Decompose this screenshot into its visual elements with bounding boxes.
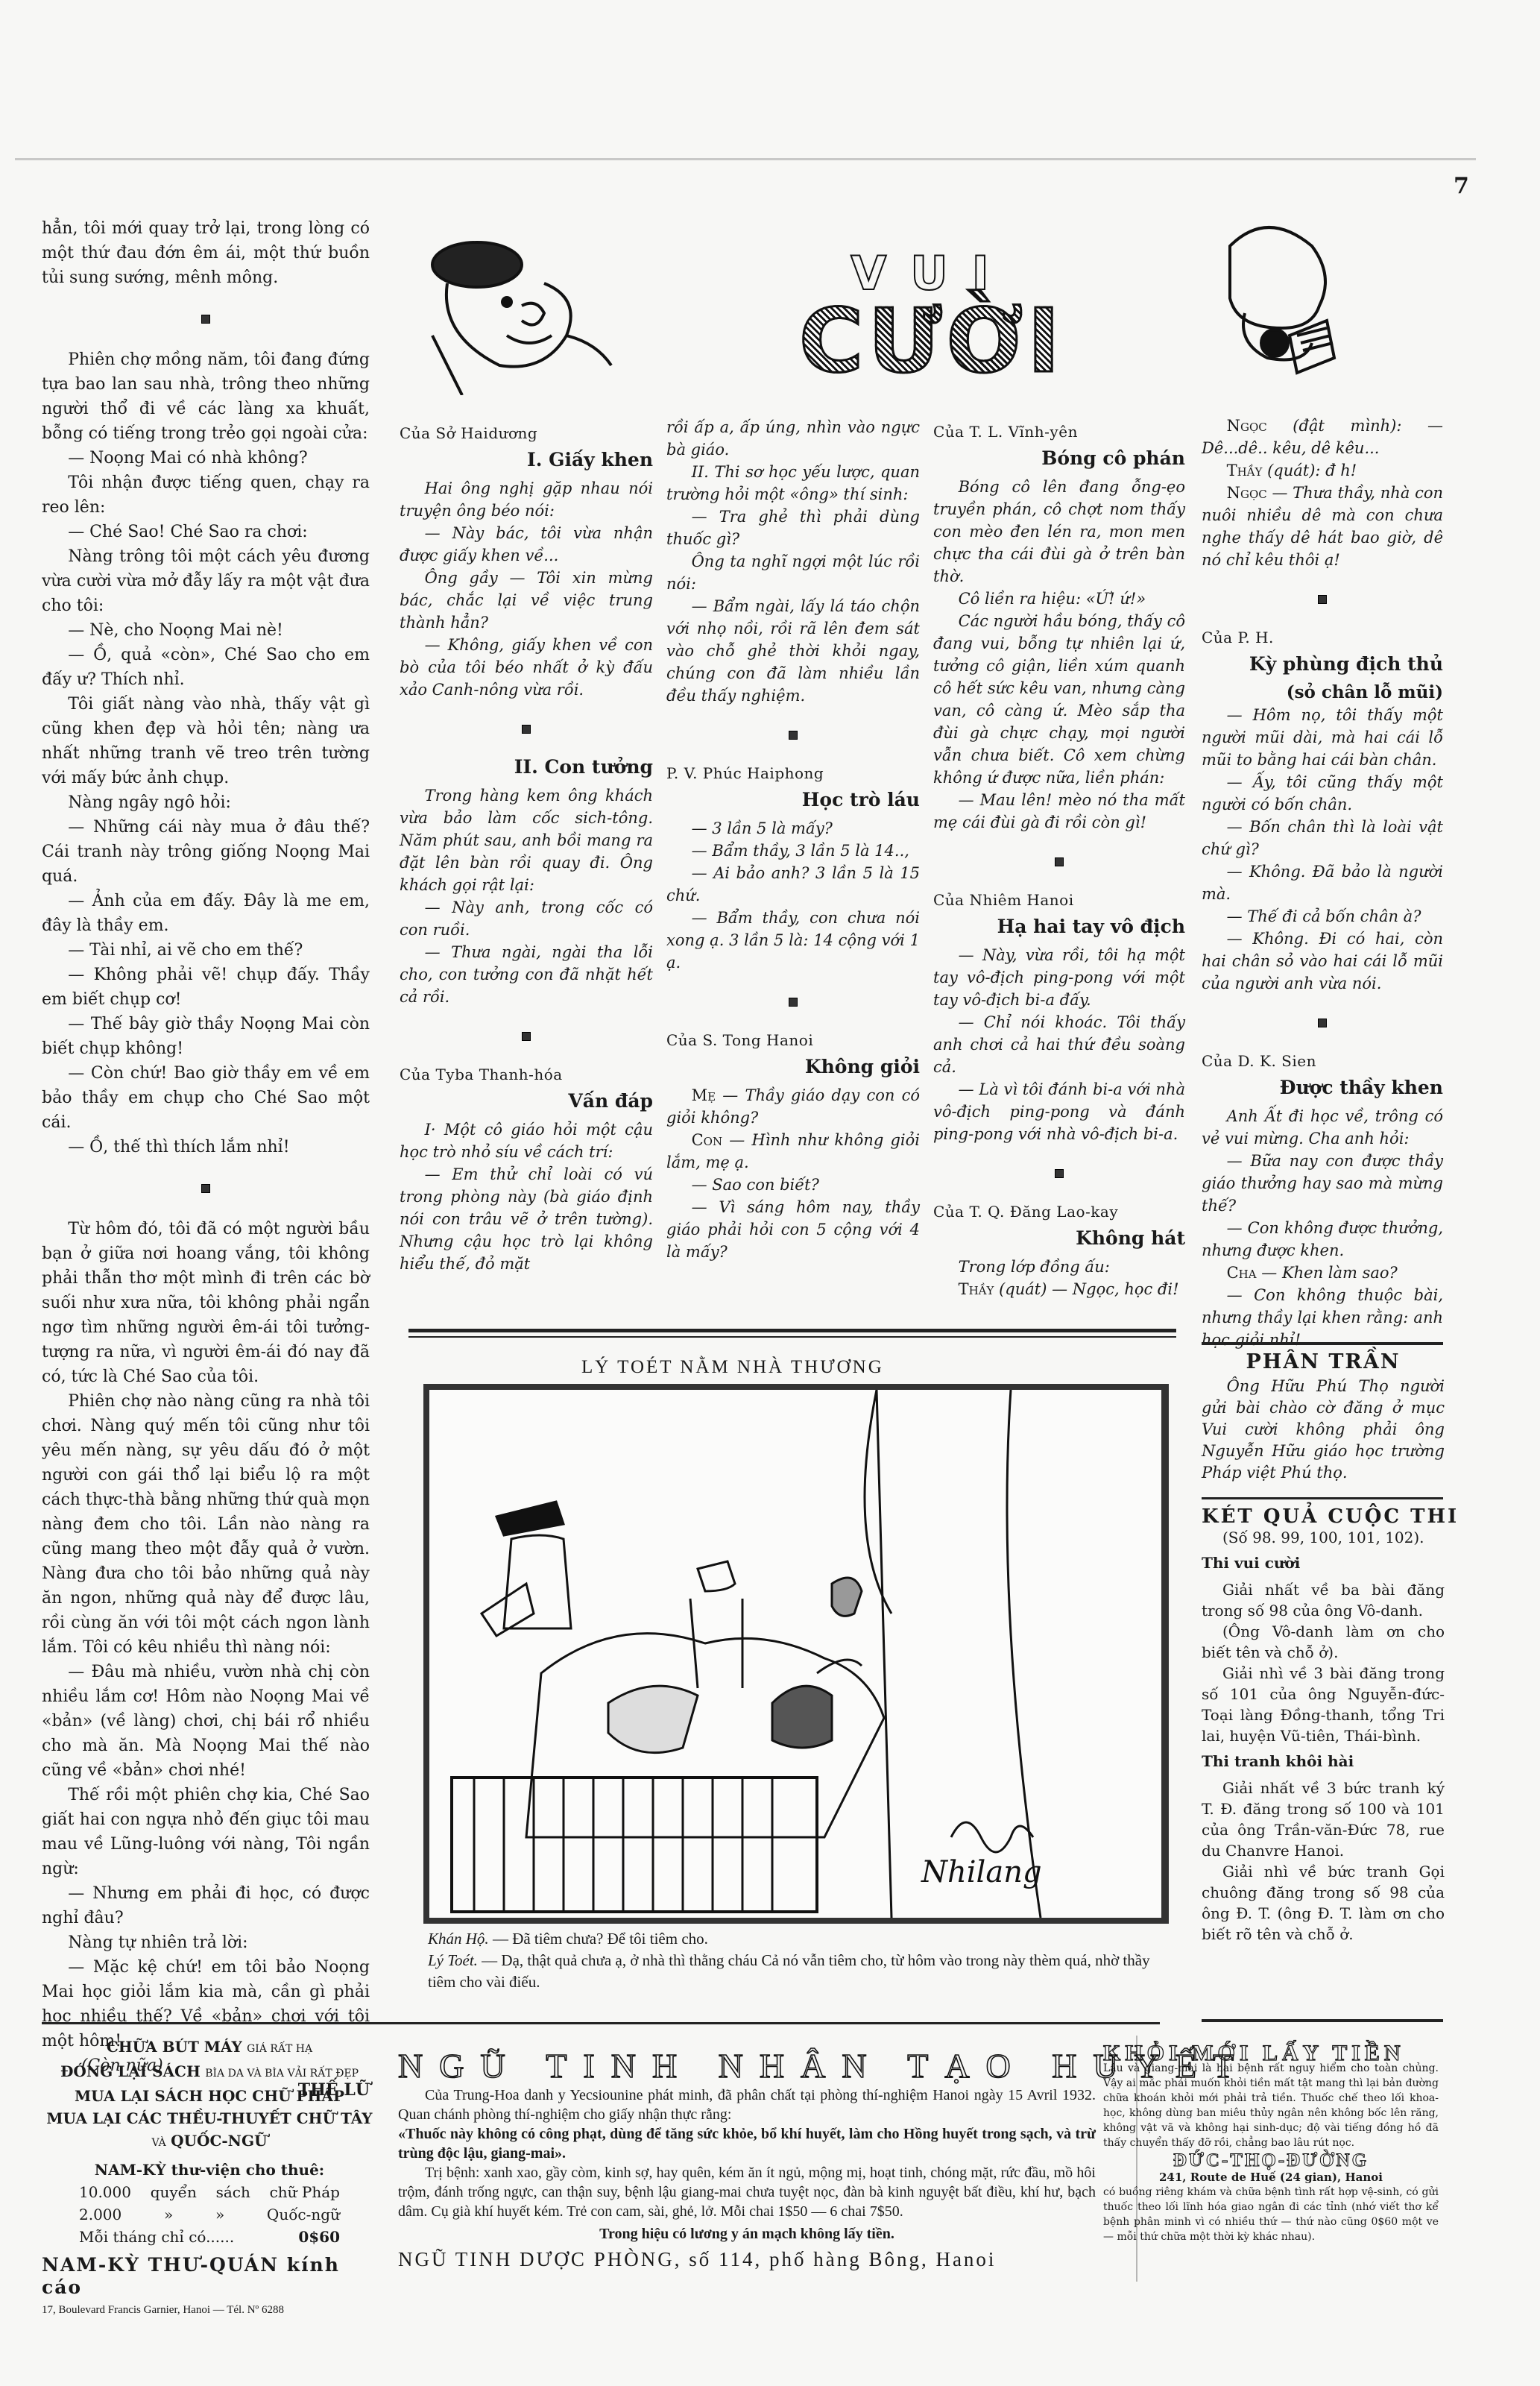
- section-title: VUI CƯỜI: [730, 246, 1133, 388]
- section-header: VUI CƯỜI: [417, 216, 1446, 403]
- cartoon-illustration: Nhilang: [423, 1384, 1169, 1924]
- joke-line: Trong hàng kem ông khách vừa bảo làm cốc…: [400, 784, 653, 896]
- joke-line: II. Thi sơ học yếu lược, quan trường hỏi…: [666, 461, 920, 506]
- joke-line: Ông ta nghĩ ngợi một lúc rồi nói:: [666, 550, 920, 595]
- story-paragraph: Nàng trông tôi một cách yêu đương vừa cư…: [42, 544, 370, 618]
- joke-title: Bóng cô phán: [933, 447, 1185, 470]
- section-separator: [1202, 1011, 1443, 1033]
- divider: [1202, 1342, 1443, 1345]
- notice-phan-tran: PHÂN TRẦN Ông Hữu Phú Thọ người gửi bài …: [1202, 1351, 1445, 1484]
- joke-line: — Tra ghẻ thì phải dùng thuốc gì?: [666, 506, 920, 550]
- joke-line: — Bốn chân thì là loài vật chứ gì?: [1202, 816, 1443, 860]
- cartoon-caption: Khán Hộ. — Đã tiêm chưa? Để tôi tiêm cho…: [428, 1928, 1173, 1993]
- ad-nam-ky: CHỮA BÚT MÁY GIÁ RẤT HẠ ĐÓNG LẠI SÁCH BÌ…: [42, 2036, 377, 2321]
- joke-title: Không hát: [933, 1227, 1185, 1250]
- separator-ornament-icon: [201, 1184, 210, 1193]
- jokes-column-4: Của T. L. Vĩnh-yênBóng cô phánBóng cô lê…: [933, 415, 1185, 1300]
- separator-ornament-icon: [522, 725, 531, 734]
- joke-line: Thầy (quát) — Ngọc, học đi!: [933, 1278, 1185, 1300]
- results-item: (Ông Vô-danh làm ơn cho biết tên và chỗ …: [1202, 1621, 1445, 1663]
- joke-source: Của T. Q. Đăng Lao-kay: [933, 1200, 1185, 1223]
- joke-line: — Thế đi cả bốn chân à?: [1202, 905, 1443, 928]
- joke-line: — Này anh, trong cốc có con ruồi.: [400, 896, 653, 941]
- price-row: Mỗi tháng chỉ có......0$60: [42, 2226, 377, 2248]
- ad-ngu-tinh: NGŨ TINH NHÂN TẠO HUYẾT Của Trung-Hoa da…: [398, 2046, 1096, 2271]
- ad-address: 17, Boulevard Francis Garnier, Hanoi — T…: [42, 2299, 377, 2321]
- joke-title: Hạ hai tay vô địch: [933, 916, 1185, 938]
- joke-line: Các người hầu bóng, thấy cô đang vui, bỗ…: [933, 610, 1185, 789]
- speaker-text: (quát): đ h!: [1267, 462, 1357, 479]
- joke-title: II. Con tưởng: [400, 756, 653, 778]
- joke-line: — Bẩm thầy, con chưa nói xong ạ. 3 lần 5…: [666, 907, 920, 974]
- story-paragraph: — Ché Sao! Ché Sao ra chơi:: [42, 520, 370, 544]
- shop-address: 241, Route de Huế (24 gian), Hanoi: [1103, 2170, 1439, 2185]
- joke-line: — Hôm nọ, tôi thấy một người mũi dài, mà…: [1202, 704, 1443, 771]
- section-separator: [400, 1024, 653, 1047]
- ad-signoff: NAM-KỲ THƯ-QUÁN kính cáo: [42, 2254, 377, 2299]
- divider: [42, 2022, 1160, 2024]
- joke-line: Ông gầy — Tôi xin mừng bác, chắc lại về …: [400, 567, 653, 634]
- story-paragraph: — Nè, cho Noọng Mai nè!: [42, 618, 370, 643]
- joke-line: Cô liền ra hiệu: «Ứ! ứ!»: [933, 588, 1185, 610]
- joke-line: — Này bác, tôi vừa nhận được giấy khen v…: [400, 522, 653, 567]
- speaker-text: (quát) — Ngọc, học đi!: [999, 1280, 1178, 1298]
- separator-ornament-icon: [1055, 857, 1064, 866]
- story-paragraph: Thế rồi một phiên chợ kia, Ché Sao giất …: [42, 1783, 370, 1881]
- ad-title: KHỎI MỚI LẤY TIỀN: [1103, 2046, 1439, 2061]
- joke-line: Ngọc (đật mình): — Dê...dê.. kêu, dê kêu…: [1202, 415, 1443, 459]
- joke-line: Ngọc — Thưa thầy, nhà con nuôi nhiều dê …: [1202, 482, 1443, 571]
- divider: [1202, 1497, 1443, 1499]
- joke-title: I. Giấy khen: [400, 449, 653, 471]
- divider: [408, 1329, 1176, 1332]
- joke-line: — Bữa nay con được thầy giáo thưởng hay …: [1202, 1150, 1443, 1217]
- story-paragraph: — Đâu mà nhiều, vườn nhà chị còn nhiều l…: [42, 1660, 370, 1783]
- joke-title: Không giỏi: [666, 1056, 920, 1078]
- section-separator: [666, 990, 920, 1013]
- section-separator: [933, 850, 1185, 872]
- joke-line: — Chỉ nói khoác. Tôi thấy anh chơi cả ha…: [933, 1011, 1185, 1078]
- jokes-column-3: rồi ấp a, ấp úng, nhìn vào ngực bà giáo.…: [666, 416, 920, 1263]
- divider: [408, 1336, 1176, 1338]
- joke-title: Được thầy khen: [1202, 1077, 1443, 1099]
- story-paragraph: Từ hôm đó, tôi đã có một người bầu bạn ở…: [42, 1217, 370, 1389]
- jokes-column-2: Của Sở HaidươngI. Giấy khenHai ông nghị …: [400, 416, 653, 1275]
- separator-ornament-icon: [1055, 1169, 1064, 1178]
- joke-line: — Bẩm thầy, 3 lần 5 là 14..,: [666, 840, 920, 862]
- story-paragraph: Nàng ngây ngô hỏi:: [42, 790, 370, 815]
- joke-title: Kỳ phùng địch thủ: [1202, 653, 1443, 676]
- separator-ornament-icon: [789, 731, 798, 740]
- speaker-name: Con: [692, 1131, 730, 1149]
- joke-line: — Mau lên! mèo nó tha mất mẹ cái đùi gà …: [933, 789, 1185, 834]
- joke-title: Học trò láu: [666, 789, 920, 811]
- joke-line: — Con không được thưởng, nhưng được khen…: [1202, 1217, 1443, 1262]
- cartoon-man-right-icon: [1208, 216, 1342, 395]
- speaker-name: Ngọc: [1227, 417, 1293, 435]
- speaker-name: Thầy: [959, 1280, 1000, 1298]
- joke-title: Vấn đáp: [400, 1090, 653, 1112]
- story-paragraph: — Ồ, thế thì thích lắm nhỉ!: [42, 1135, 370, 1159]
- library-row: 10.000quyểnsáchchữ Pháp: [42, 2181, 377, 2203]
- contest-results: KÉT QUẢ CUỘC THI (Số 98. 99, 100, 101, 1…: [1202, 1506, 1445, 1945]
- speaker-name: Thầy: [1227, 462, 1268, 479]
- joke-line: — Ấy, tôi cũng thấy một người có bốn châ…: [1202, 771, 1443, 816]
- joke-line: — Sao con biết?: [666, 1174, 920, 1196]
- speaker-name: Mẹ: [692, 1086, 723, 1104]
- story-paragraph: — Ồ, quả «còn», Ché Sao cho em đấy ư? Th…: [42, 643, 370, 692]
- joke-source: P. V. Phúc Haiphong: [666, 762, 920, 784]
- joke-line: Bóng cô lên đang ỗng-ẹo truyền phán, cô …: [933, 476, 1185, 588]
- results-issues: (Số 98. 99, 100, 101, 102).: [1202, 1527, 1445, 1548]
- joke-line: Con — Hình như không giỏi lắm, mẹ ạ.: [666, 1129, 920, 1174]
- joke-line: rồi ấp a, ấp úng, nhìn vào ngực bà giáo.: [666, 416, 920, 461]
- story-paragraph: — Còn chứ! Bao giờ thầy em về em bảo thầ…: [42, 1061, 370, 1135]
- joke-line: — Bẩm ngài, lấy lá táo chộn với nhọ nồi,…: [666, 595, 920, 707]
- story-paragraph: Nàng tự nhiên trả lời:: [42, 1930, 370, 1955]
- speaker-text: — Khen làm sao?: [1261, 1264, 1398, 1282]
- joke-source: Của Nhiêm Hanoi: [933, 889, 1185, 911]
- story-paragraph: — Nhưng em phải đi học, có được nghỉ đâu…: [42, 1881, 370, 1930]
- jokes-column-5: Ngọc (đật mình): — Dê...dê.. kêu, dê kêu…: [1202, 415, 1443, 1351]
- results-category: Thi vui cười: [1202, 1552, 1445, 1573]
- joke-source: Của S. Tong Hanoi: [666, 1029, 920, 1051]
- joke-line: — Vì sáng hôm nay, thầy giáo phải hỏi co…: [666, 1196, 920, 1263]
- title-cuoi: CƯỜI: [730, 289, 1133, 392]
- ad-khoi-moi: KHỎI MỚI LẤY TIỀN Lậu và giang-mai là ha…: [1103, 2046, 1439, 2244]
- results-item: Giải nhì về bức tranh Gọi chuông đăng tr…: [1202, 1861, 1445, 1945]
- speaker-name: Cha: [1227, 1264, 1262, 1282]
- separator-ornament-icon: [789, 998, 798, 1007]
- page-number: 7: [1454, 173, 1469, 199]
- joke-line: — Thưa ngài, ngài tha lỗi cho, con tưởng…: [400, 941, 653, 1008]
- joke-source: Của P. H.: [1202, 626, 1443, 649]
- joke-line: Anh Ất đi học về, trông có vẻ vui mừng. …: [1202, 1105, 1443, 1150]
- joke-line: Cha — Khen làm sao?: [1202, 1262, 1443, 1284]
- joke-line: — 3 lần 5 là mấy?: [666, 817, 920, 840]
- joke-source: Của T. L. Vĩnh-yên: [933, 421, 1185, 443]
- results-category: Thi tranh khôi hài: [1202, 1751, 1445, 1772]
- joke-line: Hai ông nghị gặp nhau nói truyện ông béo…: [400, 477, 653, 522]
- caption-line-1: Khán Hộ. — Đã tiêm chưa? Để tôi tiêm cho…: [428, 1928, 1173, 1950]
- story-paragraph: — Thế bây giờ thầy Noọng Mai còn biết ch…: [42, 1012, 370, 1061]
- story-column: hẳn, tôi mới quay trở lại, trong lòng có…: [42, 216, 370, 2103]
- joke-line: — Này, vừa rồi, tôi hạ một tay vô-địch p…: [933, 944, 1185, 1011]
- hospital-scene-icon: Nhilang: [429, 1390, 1163, 1918]
- separator-ornament-icon: [522, 1032, 531, 1041]
- section-separator: [666, 723, 920, 746]
- story-paragraph: Tôi giất nàng vào nhà, thấy vật gì cũng …: [42, 692, 370, 790]
- joke-line: Trong lớp đồng ấu:: [933, 1256, 1185, 1278]
- section-separator: [42, 1176, 370, 1200]
- caption-line-2: Lý Toét. — Dạ, thật quả chưa ạ, ở nhà th…: [428, 1950, 1173, 1993]
- story-paragraph: — Tài nhỉ, ai vẽ cho em thế?: [42, 938, 370, 963]
- story-paragraph: Phiên chợ mồng năm, tôi đang đứng tựa ba…: [42, 347, 370, 446]
- joke-line: — Là vì tôi đánh bi-a với nhà vô-địch pi…: [933, 1078, 1185, 1145]
- ad-title: NGŨ TINH NHÂN TẠO HUYẾT: [398, 2046, 1096, 2086]
- story-paragraph: — Noọng Mai có nhà không?: [42, 446, 370, 470]
- separator-ornament-icon: [201, 315, 210, 324]
- joke-line: — Con không thuộc bài, nhưng thầy lại kh…: [1202, 1284, 1443, 1351]
- shop-name: ĐỨC-THỌ-ĐƯỜNG: [1103, 2153, 1439, 2168]
- joke-line: — Em thử chỉ loài có vú trong phòng này …: [400, 1163, 653, 1275]
- artist-signature: Nhilang: [921, 1855, 1042, 1889]
- joke-line: Thầy (quát): đ h!: [1202, 459, 1443, 482]
- story-paragraph: Tôi nhận được tiếng quen, chạy ra reo lê…: [42, 470, 370, 520]
- cartoon-title: LÝ TOÉT NẰM NHÀ THƯƠNG: [581, 1357, 884, 1378]
- joke-line: — Không. Đi có hai, còn hai chân sỏ vào …: [1202, 928, 1443, 995]
- results-item: Giải nhất về 3 bức tranh ký T. Đ. đăng t…: [1202, 1778, 1445, 1861]
- results-item: Giải nhất về ba bài đăng trong số 98 của…: [1202, 1579, 1445, 1621]
- joke-line: Mẹ — Thầy giáo dạy con có giỏi không?: [666, 1084, 920, 1129]
- joke-line: — Ai bảo anh? 3 lần 5 là 15 chứ.: [666, 862, 920, 907]
- story-paragraph: Phiên chợ nào nàng cũng ra nhà tôi chơi.…: [42, 1389, 370, 1660]
- joke-line: — Không, giấy khen về con bò của tôi béo…: [400, 634, 653, 701]
- results-title: KÉT QUẢ CUỘC THI: [1202, 1506, 1445, 1527]
- results-item: Giải nhì về 3 bài đăng trong số 101 của …: [1202, 1663, 1445, 1746]
- story-paragraph: — Không phải vẽ! chụp đấy. Thầy em biết …: [42, 963, 370, 1012]
- joke-source: Của Sở Haidương: [400, 422, 653, 444]
- divider: [1202, 2019, 1443, 2022]
- library-row: 2.000»»Quốc-ngữ: [42, 2203, 377, 2226]
- section-separator: [1202, 588, 1443, 610]
- story-paragraph: hẳn, tôi mới quay trở lại, trong lòng có…: [42, 216, 370, 290]
- story-paragraph: — Ảnh của em đấy. Đây là me em, đây là t…: [42, 889, 370, 938]
- notice-text: Ông Hữu Phú Thọ người gửi bài chào cờ đă…: [1202, 1376, 1445, 1484]
- joke-line: — Không. Đã bảo là người mà.: [1202, 860, 1443, 905]
- section-separator: [42, 306, 370, 331]
- section-separator: [400, 717, 653, 740]
- joke-source: Của Tyba Thanh-hóa: [400, 1063, 653, 1086]
- top-rule: [15, 158, 1476, 160]
- ad-footer: NGŨ TINH DƯỢC PHÒNG, số 114, phố hàng Bô…: [398, 2248, 1096, 2271]
- section-separator: [933, 1162, 1185, 1184]
- speaker-name: Ngọc: [1227, 484, 1272, 502]
- separator-ornament-icon: [1318, 595, 1327, 604]
- notice-title: PHÂN TRẦN: [1202, 1351, 1445, 1373]
- story-paragraph: — Những cái này mua ở đâu thế? Cái tranh…: [42, 815, 370, 889]
- joke-line: I· Một cô giáo hỏi một cậu học trò nhỏ s…: [400, 1118, 653, 1163]
- joke-source: Của D. K. Sien: [1202, 1050, 1443, 1072]
- cartoon-man-left-icon: [417, 224, 641, 395]
- separator-ornament-icon: [1318, 1019, 1327, 1027]
- joke-subtitle: (sỏ chân lỗ mũi): [1202, 682, 1443, 704]
